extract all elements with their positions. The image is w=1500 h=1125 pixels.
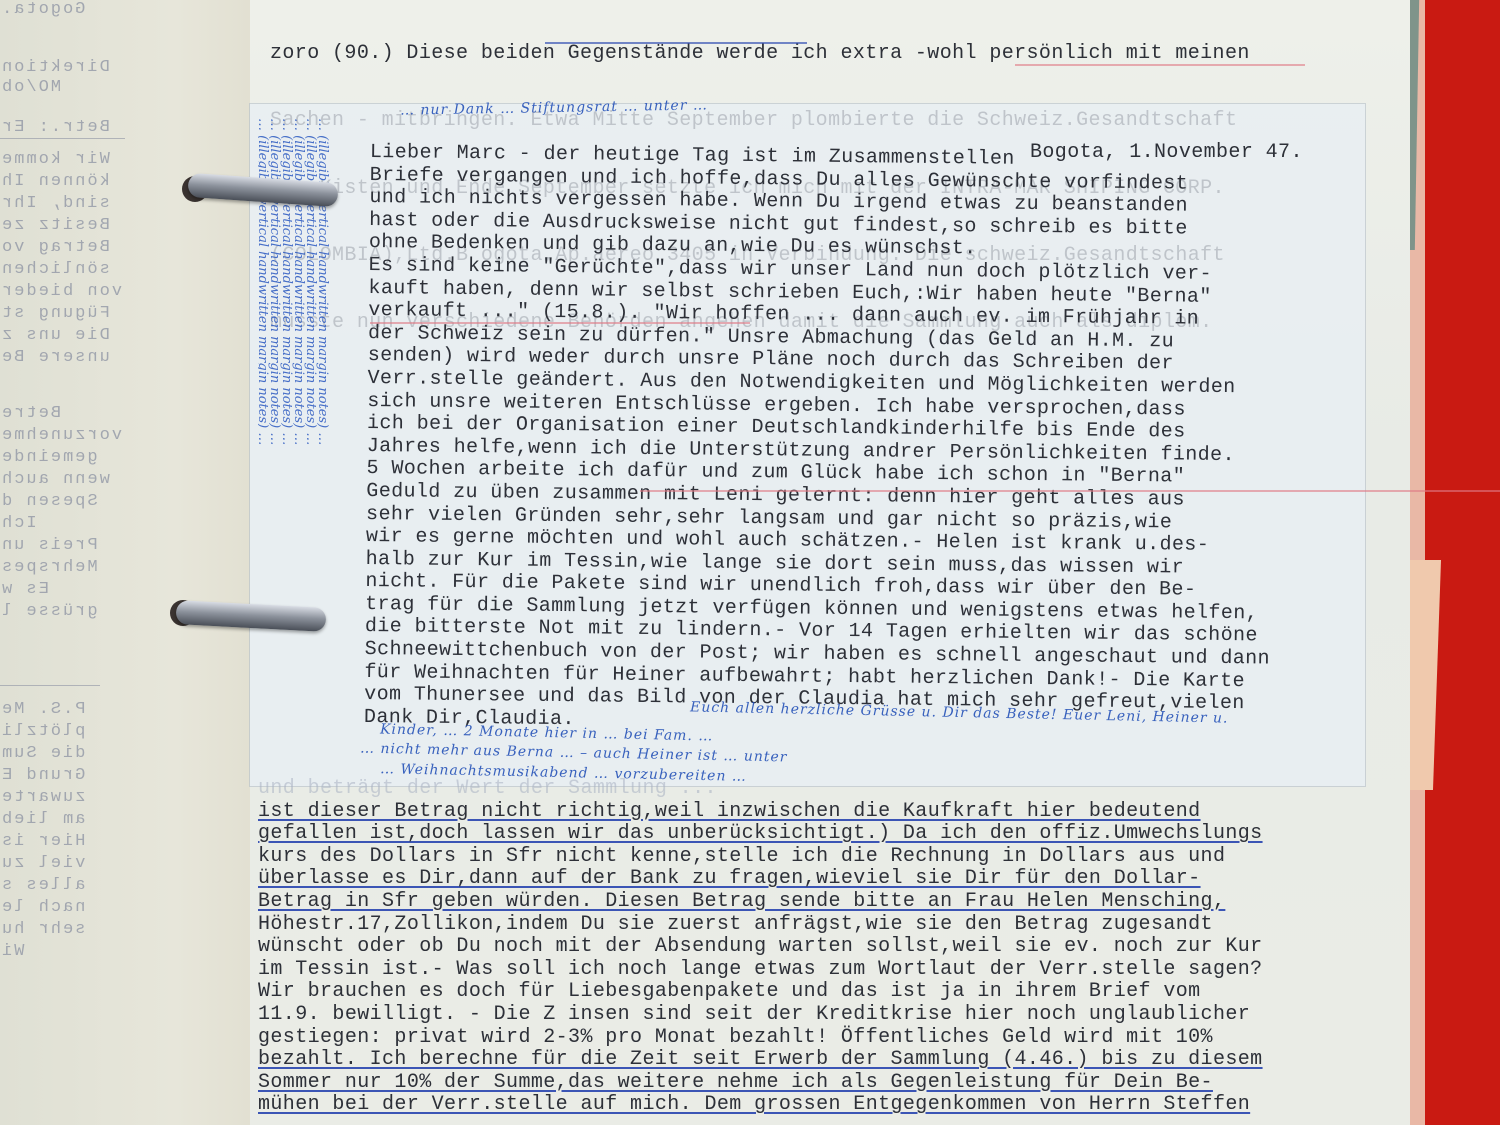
mirrored-line: Betre [0,404,61,424]
mirrored-line: wenn auch [0,470,110,490]
typed-line: bezahlt. Ich berechne für die Zeit seit … [258,1049,1263,1072]
left-page: Gogota.DirektionMO/obBetr.: ErWir kommek… [0,0,252,1125]
mirrored-line: sönlichen [0,260,110,280]
mirrored-line: Betrag vo [0,238,110,258]
mirrored-line: Direktion [0,58,110,78]
mirrored-line: Wir komme [0,150,110,170]
mirrored-line: Spesen d [0,492,98,512]
red-mark-line [370,322,750,324]
mirrored-line: viel zu [0,854,85,874]
typed-line: 11.9. bewilligt. - Die Z insen sind seit… [258,1004,1263,1027]
mirrored-line: können Ih [0,172,110,192]
background-letter-bottom: und beträgt der Wert der Sammlung ...ist… [258,778,1263,1117]
blue-underline-mitte-september [545,42,807,44]
mirrored-text-block: Gogota.DirektionMO/obBetr.: ErWir kommek… [0,0,130,1125]
mirrored-line: vorzunehme [0,426,122,446]
red-underline-intramar [1015,64,1305,66]
typed-line: und beträgt der Wert der Sammlung ... [258,778,1263,801]
mirrored-line: P.S. Me [0,700,85,720]
mirrored-line: Preis un [0,536,98,556]
typed-line: überlasse es Dir,dann auf der Bank zu fr… [258,868,1263,891]
mirrored-line: sind, Ihr [0,194,110,214]
mirrored-line: MO/ob [0,78,61,98]
mirrored-line: Gogota. [0,0,85,20]
mirrored-line: Mehrspes [0,558,98,578]
mirrored-line: sehr hu [0,920,85,940]
mirrored-line: Wi [0,942,24,962]
mirrored-line: Fügung st [0,304,110,324]
mirrored-line: Hier is [0,832,85,852]
typed-line: zoro (90.) Diese beiden Gegenstände werd… [270,43,1250,66]
mirrored-line: gemeinde [0,448,98,468]
typed-line: gestiegen: privat wird 2-3% pro Monat be… [258,1027,1263,1050]
mirrored-line: von bieder [0,282,122,302]
mirrored-line: zuwarte [0,788,85,808]
mirrored-line: Ich [0,514,37,534]
typed-line: Höhestr.17,Zollikon,indem Du sie zuerst … [258,914,1263,937]
typed-line: Sommer nur 10% der Summe,das weitere neh… [258,1072,1263,1095]
mirrored-line: die Sum [0,744,85,764]
typed-line: mühen bei der Verr.stelle auf mich. Dem … [258,1094,1263,1117]
mirrored-line: am lieb [0,810,85,830]
typed-line: gefallen ist,doch lassen wir das unberüc… [258,823,1263,846]
typed-line: Betrag in Sfr geben würden. Diesen Betra… [258,891,1263,914]
mirrored-line: nach le [0,898,85,918]
margin-handwriting: … (illegible vertical handwritten margin… [258,118,358,758]
red-mark-line-2 [640,490,1500,492]
typed-line: Wir brauchen es doch für Liebesgabenpake… [258,981,1263,1004]
mirrored-line: plötzli [0,722,85,742]
typed-line: wünscht oder ob Du noch mit der Absendun… [258,936,1263,959]
overlay-letter-body: Lieber Marc - der heutige Tag ist im Zus… [364,142,1275,739]
mirrored-line: alles s [0,876,85,896]
mirrored-line: Betr.: Er [0,118,110,138]
mirrored-line: unsere Be [0,348,110,368]
mirrored-line: Es w [0,580,49,600]
mirrored-line: Die uns z [0,326,110,346]
mirrored-line: Grund E [0,766,85,786]
typed-line: kurs des Dollars in Sfr nicht kenne,stel… [258,846,1263,869]
typed-line: im Tessin ist.- Was soll ich noch lange … [258,959,1263,982]
mirrored-line: Besitz ze [0,216,110,236]
mirrored-line: grüsse l [0,602,98,622]
typed-line: ist dieser Betrag nicht richtig,weil inz… [258,801,1263,824]
